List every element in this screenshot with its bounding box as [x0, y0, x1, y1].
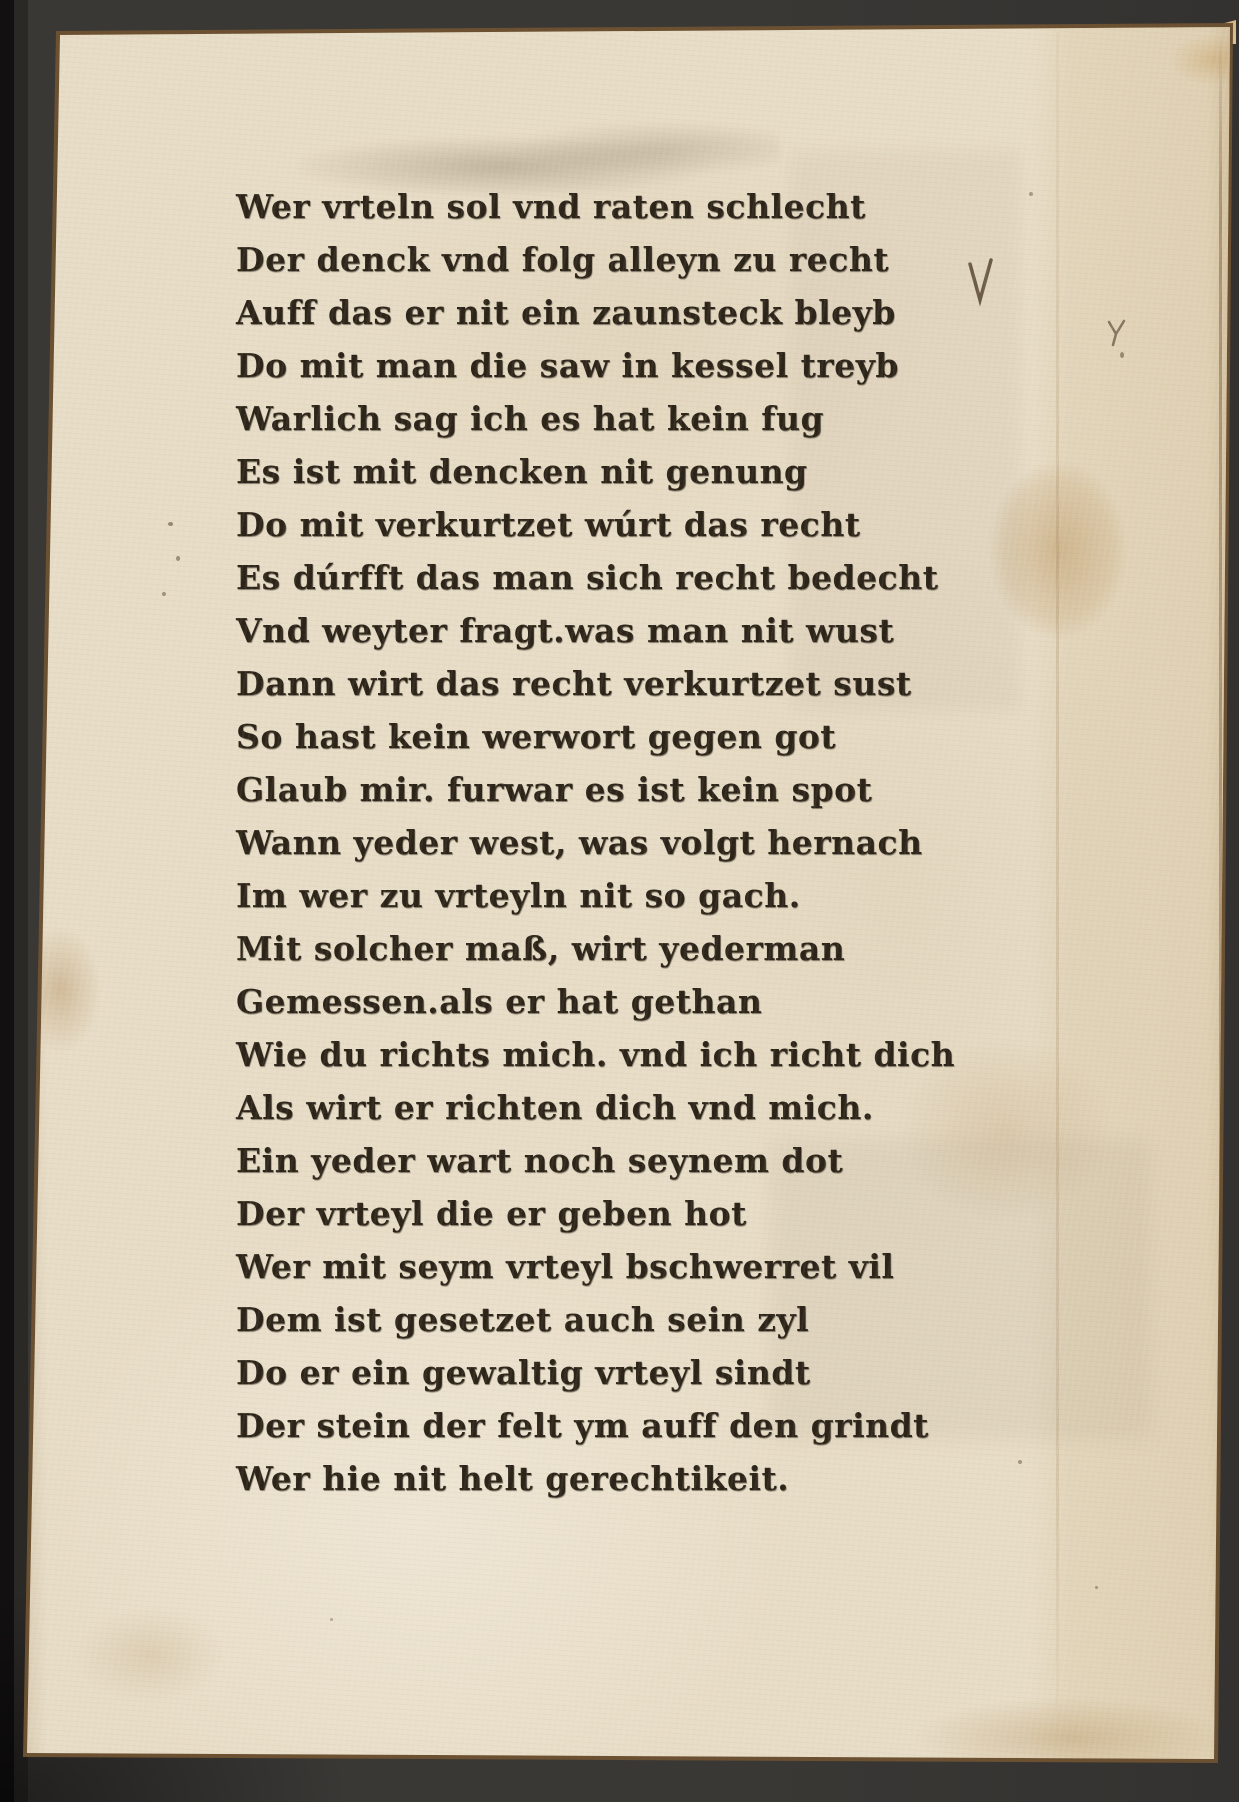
- poem-line: Der denck vnd folg alleyn zu recht: [236, 233, 1016, 286]
- ink-speck: [176, 556, 180, 561]
- poem-line: Auff das er nit ein zaunsteck bleyb: [236, 286, 1016, 339]
- poem-line: Der vrteyl die er geben hot: [236, 1187, 1016, 1240]
- poem-line: Ein yeder wart noch seynem dot: [236, 1134, 1016, 1187]
- margin-ink-mark-v: [966, 256, 996, 308]
- page-crease: [1056, 32, 1059, 1752]
- poem-line: So hast kein werwort gegen got: [236, 710, 1016, 763]
- ink-speck: [1029, 192, 1033, 196]
- poem-line: Es ist mit dencken nit genung: [236, 445, 1016, 498]
- poem-line: Mit solcher maß, wirt yederman: [236, 922, 1016, 975]
- ink-speck: [168, 522, 173, 526]
- poem-line: Glaub mir. furwar es ist kein spot: [236, 763, 1016, 816]
- poem-line: Wer vrteln sol vnd raten schlecht: [236, 180, 1016, 233]
- ink-speck: [162, 592, 166, 596]
- poem-line: Do mit verkurtzet wúrt das recht: [236, 498, 1016, 551]
- ink-speck: [330, 1618, 333, 1621]
- poem-line: Do mit man die saw in kessel treyb: [236, 339, 1016, 392]
- poem-line: Vnd weyter fragt.was man nit wust: [236, 604, 1016, 657]
- poem-line: Der stein der felt ym auff den grindt: [236, 1399, 1016, 1452]
- poem-text-block: Wer vrteln sol vnd raten schlecht Der de…: [236, 180, 1016, 1505]
- ink-speck: [1018, 1460, 1022, 1464]
- poem-line: Im wer zu vrteyln nit so gach.: [236, 869, 1016, 922]
- poem-line: Wann yeder west, was volgt hernach: [236, 816, 1016, 869]
- book-page: Wer vrteln sol vnd raten schlecht Der de…: [0, 0, 1239, 1802]
- poem-line: Wie du richts mich. vnd ich richt dich: [236, 1028, 1016, 1081]
- poem-line: Do er ein gewaltig vrteyl sindt: [236, 1346, 1016, 1399]
- poem-line: Warlich sag ich es hat kein fug: [236, 392, 1016, 445]
- margin-ink-mark-y: [1106, 318, 1128, 350]
- poem-line: Als wirt er richten dich vnd mich.: [236, 1081, 1016, 1134]
- ink-speck: [1120, 352, 1124, 358]
- poem-line: Gemessen.als er hat gethan: [236, 975, 1016, 1028]
- photo-background: Wer vrteln sol vnd raten schlecht Der de…: [0, 0, 1239, 1802]
- poem-line: Dem ist gesetzet auch sein zyl: [236, 1293, 1016, 1346]
- poem-line: Wer hie nit helt gerechtikeit.: [236, 1452, 1016, 1505]
- poem-line: Es dúrfft das man sich recht bedecht: [236, 551, 1016, 604]
- poem-line: Wer mit seym vrteyl bschwerret vil: [236, 1240, 1016, 1293]
- poem-line: Dann wirt das recht verkurtzet sust: [236, 657, 1016, 710]
- ink-speck: [1095, 1586, 1098, 1589]
